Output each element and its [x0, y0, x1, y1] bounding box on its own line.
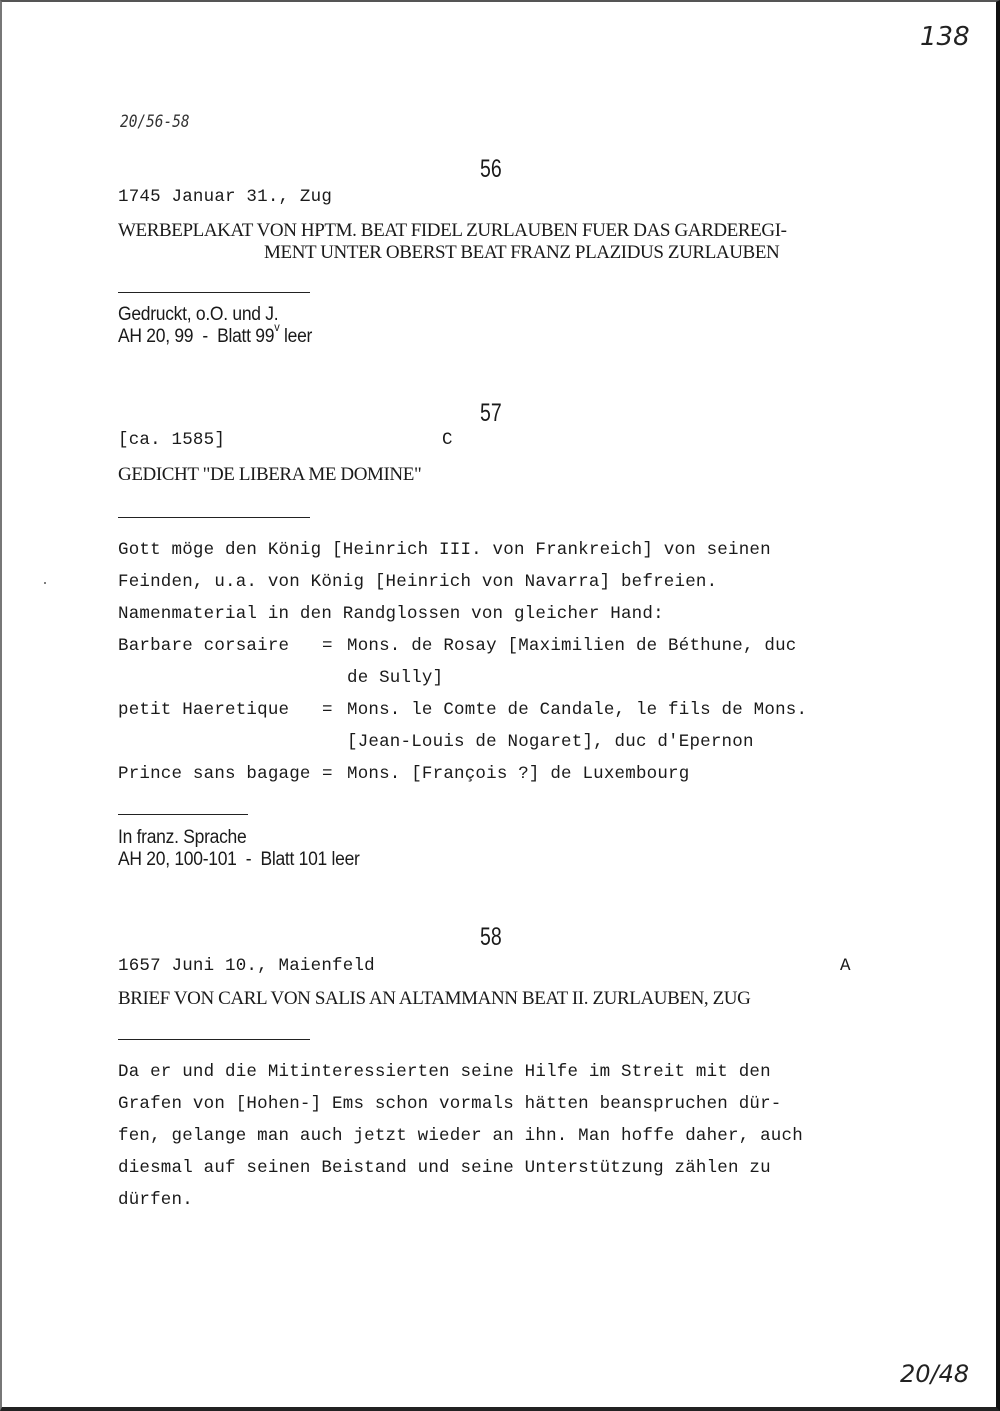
entry-category: C — [442, 430, 453, 450]
entry-date-place: 1745 Januar 31., Zug — [118, 187, 332, 207]
section-divider — [118, 517, 310, 518]
section-divider — [118, 292, 310, 293]
entry-date-place: [ca. 1585] — [118, 430, 225, 450]
entry-date-place: 1657 Juni 10., Maienfeld — [118, 956, 375, 976]
footer-mark: 20/48 — [900, 1360, 969, 1388]
reference-superscript: v — [274, 320, 279, 334]
gloss-equals: = — [322, 764, 333, 784]
entry-reference: AH 20, 100-101 - Blatt 101 leer — [118, 849, 360, 871]
entry-title-line-1: WERBEPLAKAT VON HPTM. BEAT FIDEL ZURLAUB… — [118, 220, 787, 242]
summary-line: Feinden, u.a. von König [Heinrich von Na… — [118, 572, 717, 592]
gloss-term: Prince sans bagage — [118, 764, 311, 784]
gloss-equals: = — [322, 636, 333, 656]
gloss-line: [Jean-Louis de Nogaret], duc d'Epernon — [347, 732, 754, 752]
summary-line: diesmal auf seinen Beistand und seine Un… — [118, 1158, 771, 1178]
summary-line: dürfen. — [118, 1190, 193, 1210]
gloss-line: Mons. [François ?] de Luxembourg — [347, 764, 689, 784]
entry-number: 56 — [480, 155, 502, 184]
gloss-term: Barbare corsaire — [118, 636, 289, 656]
folio-number: 138 — [920, 22, 970, 52]
summary-line: Da er und die Mitinteressierten seine Hi… — [118, 1062, 771, 1082]
reference-tail: leer — [279, 326, 312, 347]
entry-number: 58 — [480, 923, 502, 952]
gloss-line: de Sully] — [347, 668, 443, 688]
archive-signature: 20/56-58 — [120, 112, 190, 132]
summary-line: fen, gelange man auch jetzt wieder an ih… — [118, 1126, 803, 1146]
entry-note: Gedruckt, o.O. und J. — [118, 304, 278, 326]
entry-title-line-1: GEDICHT "DE LIBERA ME DOMINE" — [118, 464, 421, 486]
gloss-term: petit Haeretique — [118, 700, 289, 720]
entry-reference: AH 20, 99 - Blatt 99v leer — [118, 326, 312, 348]
gloss-line: Mons. de Rosay [Maximilien de Béthune, d… — [347, 636, 796, 656]
document-page: 138 20/56-58 56 1745 Januar 31., Zug WER… — [0, 0, 1000, 1411]
section-divider — [118, 814, 248, 815]
summary-line: Grafen von [Hohen-] Ems schon vormals hä… — [118, 1094, 782, 1114]
gloss-equals: = — [322, 700, 333, 720]
entry-note: In franz. Sprache — [118, 827, 246, 849]
summary-line: Namenmaterial in den Randglossen von gle… — [118, 604, 664, 624]
entry-category: A — [840, 956, 851, 976]
entry-title-line-2: MENT UNTER OBERST BEAT FRANZ PLAZIDUS ZU… — [264, 242, 779, 264]
scan-speck — [44, 582, 46, 584]
entry-number: 57 — [480, 399, 502, 428]
section-divider — [118, 1039, 310, 1040]
summary-line: Gott möge den König [Heinrich III. von F… — [118, 540, 771, 560]
reference-text: AH 20, 99 - Blatt 99 — [118, 326, 274, 347]
gloss-line: Mons. le Comte de Candale, le fils de Mo… — [347, 700, 807, 720]
entry-title-line-1: BRIEF VON CARL VON SALIS AN ALTAMMANN BE… — [118, 988, 750, 1010]
